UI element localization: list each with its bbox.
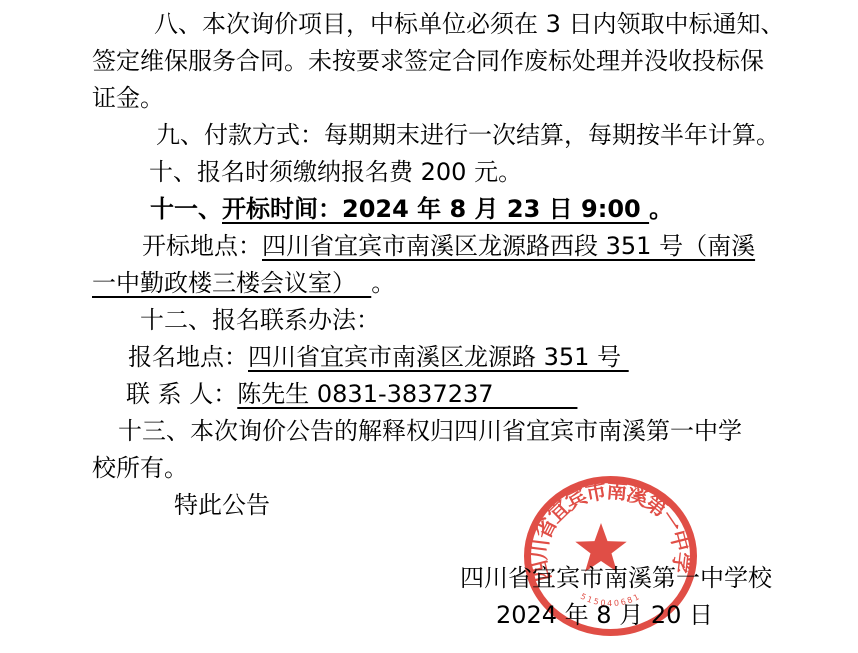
clause-text: 十三、本次询价公告的解释权归四川省宜宾市南溪第一中学 xyxy=(118,417,742,445)
clause-10-fee: 十、报名时须缴纳报名费 200 元。 xyxy=(92,154,772,191)
hereby-announce-text: 特此公告 xyxy=(174,491,270,519)
period-mark: 。 xyxy=(649,195,673,223)
bid-opening-place-value: 四川省宜宾市南溪区龙源路西段 351 号（南溪 xyxy=(262,232,755,260)
field-label: 报名地点： xyxy=(128,343,248,371)
bid-opening-place-line-2: 一中勤政楼三楼会议室） 。 xyxy=(92,265,772,302)
contact-person-line: 联 系 人：陈先生 0831-3837237 xyxy=(92,376,772,413)
clause-11-bid-opening-time: 十一、开标时间：2024 年 8 月 23 日 9:00 。 xyxy=(92,191,772,228)
field-label: 开标地点： xyxy=(142,232,262,260)
bid-opening-place-line-1: 开标地点：四川省宜宾市南溪区龙源路西段 351 号（南溪 xyxy=(92,228,772,265)
clause-number: 十一、 xyxy=(150,195,222,223)
document-page: 八、本次询价项目，中标单位必须在 3 日内领取中标通知、 签定维保服务合同。未按… xyxy=(0,0,858,653)
registration-place-value: 四川省宜宾市南溪区龙源路 351 号 xyxy=(248,343,629,371)
clause-8-line-2: 签定维保服务合同。未按要求签定合同作废标处理并没收投标保 xyxy=(92,43,772,80)
clause-9-payment: 九、付款方式：每期期末进行一次结算，每期按半年计算。 xyxy=(92,117,772,154)
field-label: 联 系 人： xyxy=(126,380,237,408)
bid-opening-place-value: 一中勤政楼三楼会议室） xyxy=(92,269,371,297)
signature-date-line: 2024 年 8 月 20 日 xyxy=(92,597,772,634)
bid-opening-time-value: 开标时间：2024 年 8 月 23 日 9:00 xyxy=(222,195,649,223)
clause-13-line-1: 十三、本次询价公告的解释权归四川省宜宾市南溪第一中学 xyxy=(92,413,772,450)
clause-text: 校所有。 xyxy=(92,454,188,482)
clause-text: 八、本次询价项目，中标单位必须在 3 日内领取中标通知、 xyxy=(154,10,785,38)
signature-org-line: 四川省宜宾市南溪第一中学校 xyxy=(92,560,772,597)
signature-date: 2024 年 8 月 20 日 xyxy=(496,601,713,629)
clause-12-contact-heading: 十二、报名联系办法： xyxy=(92,302,772,339)
clause-8-line-3: 证金。 xyxy=(92,80,772,117)
clause-8-line-1: 八、本次询价项目，中标单位必须在 3 日内领取中标通知、 xyxy=(92,6,772,43)
clause-text: 十、报名时须缴纳报名费 200 元。 xyxy=(149,158,522,186)
registration-place-line: 报名地点：四川省宜宾市南溪区龙源路 351 号 xyxy=(92,339,772,376)
contact-person-value: 陈先生 0831-3837237 xyxy=(237,380,577,408)
signature-org-name: 四川省宜宾市南溪第一中学校 xyxy=(460,564,772,592)
period-mark: 。 xyxy=(371,269,395,297)
clause-text: 签定维保服务合同。未按要求签定合同作废标处理并没收投标保 xyxy=(92,47,764,75)
clause-text: 证金。 xyxy=(92,84,164,112)
hereby-announce-line: 特此公告 xyxy=(92,487,772,524)
document-content: 八、本次询价项目，中标单位必须在 3 日内领取中标通知、 签定维保服务合同。未按… xyxy=(92,6,772,634)
clause-text: 十二、报名联系办法： xyxy=(140,306,380,334)
clause-13-line-2: 校所有。 xyxy=(92,450,772,487)
clause-text: 九、付款方式：每期期末进行一次结算，每期按半年计算。 xyxy=(156,121,780,149)
